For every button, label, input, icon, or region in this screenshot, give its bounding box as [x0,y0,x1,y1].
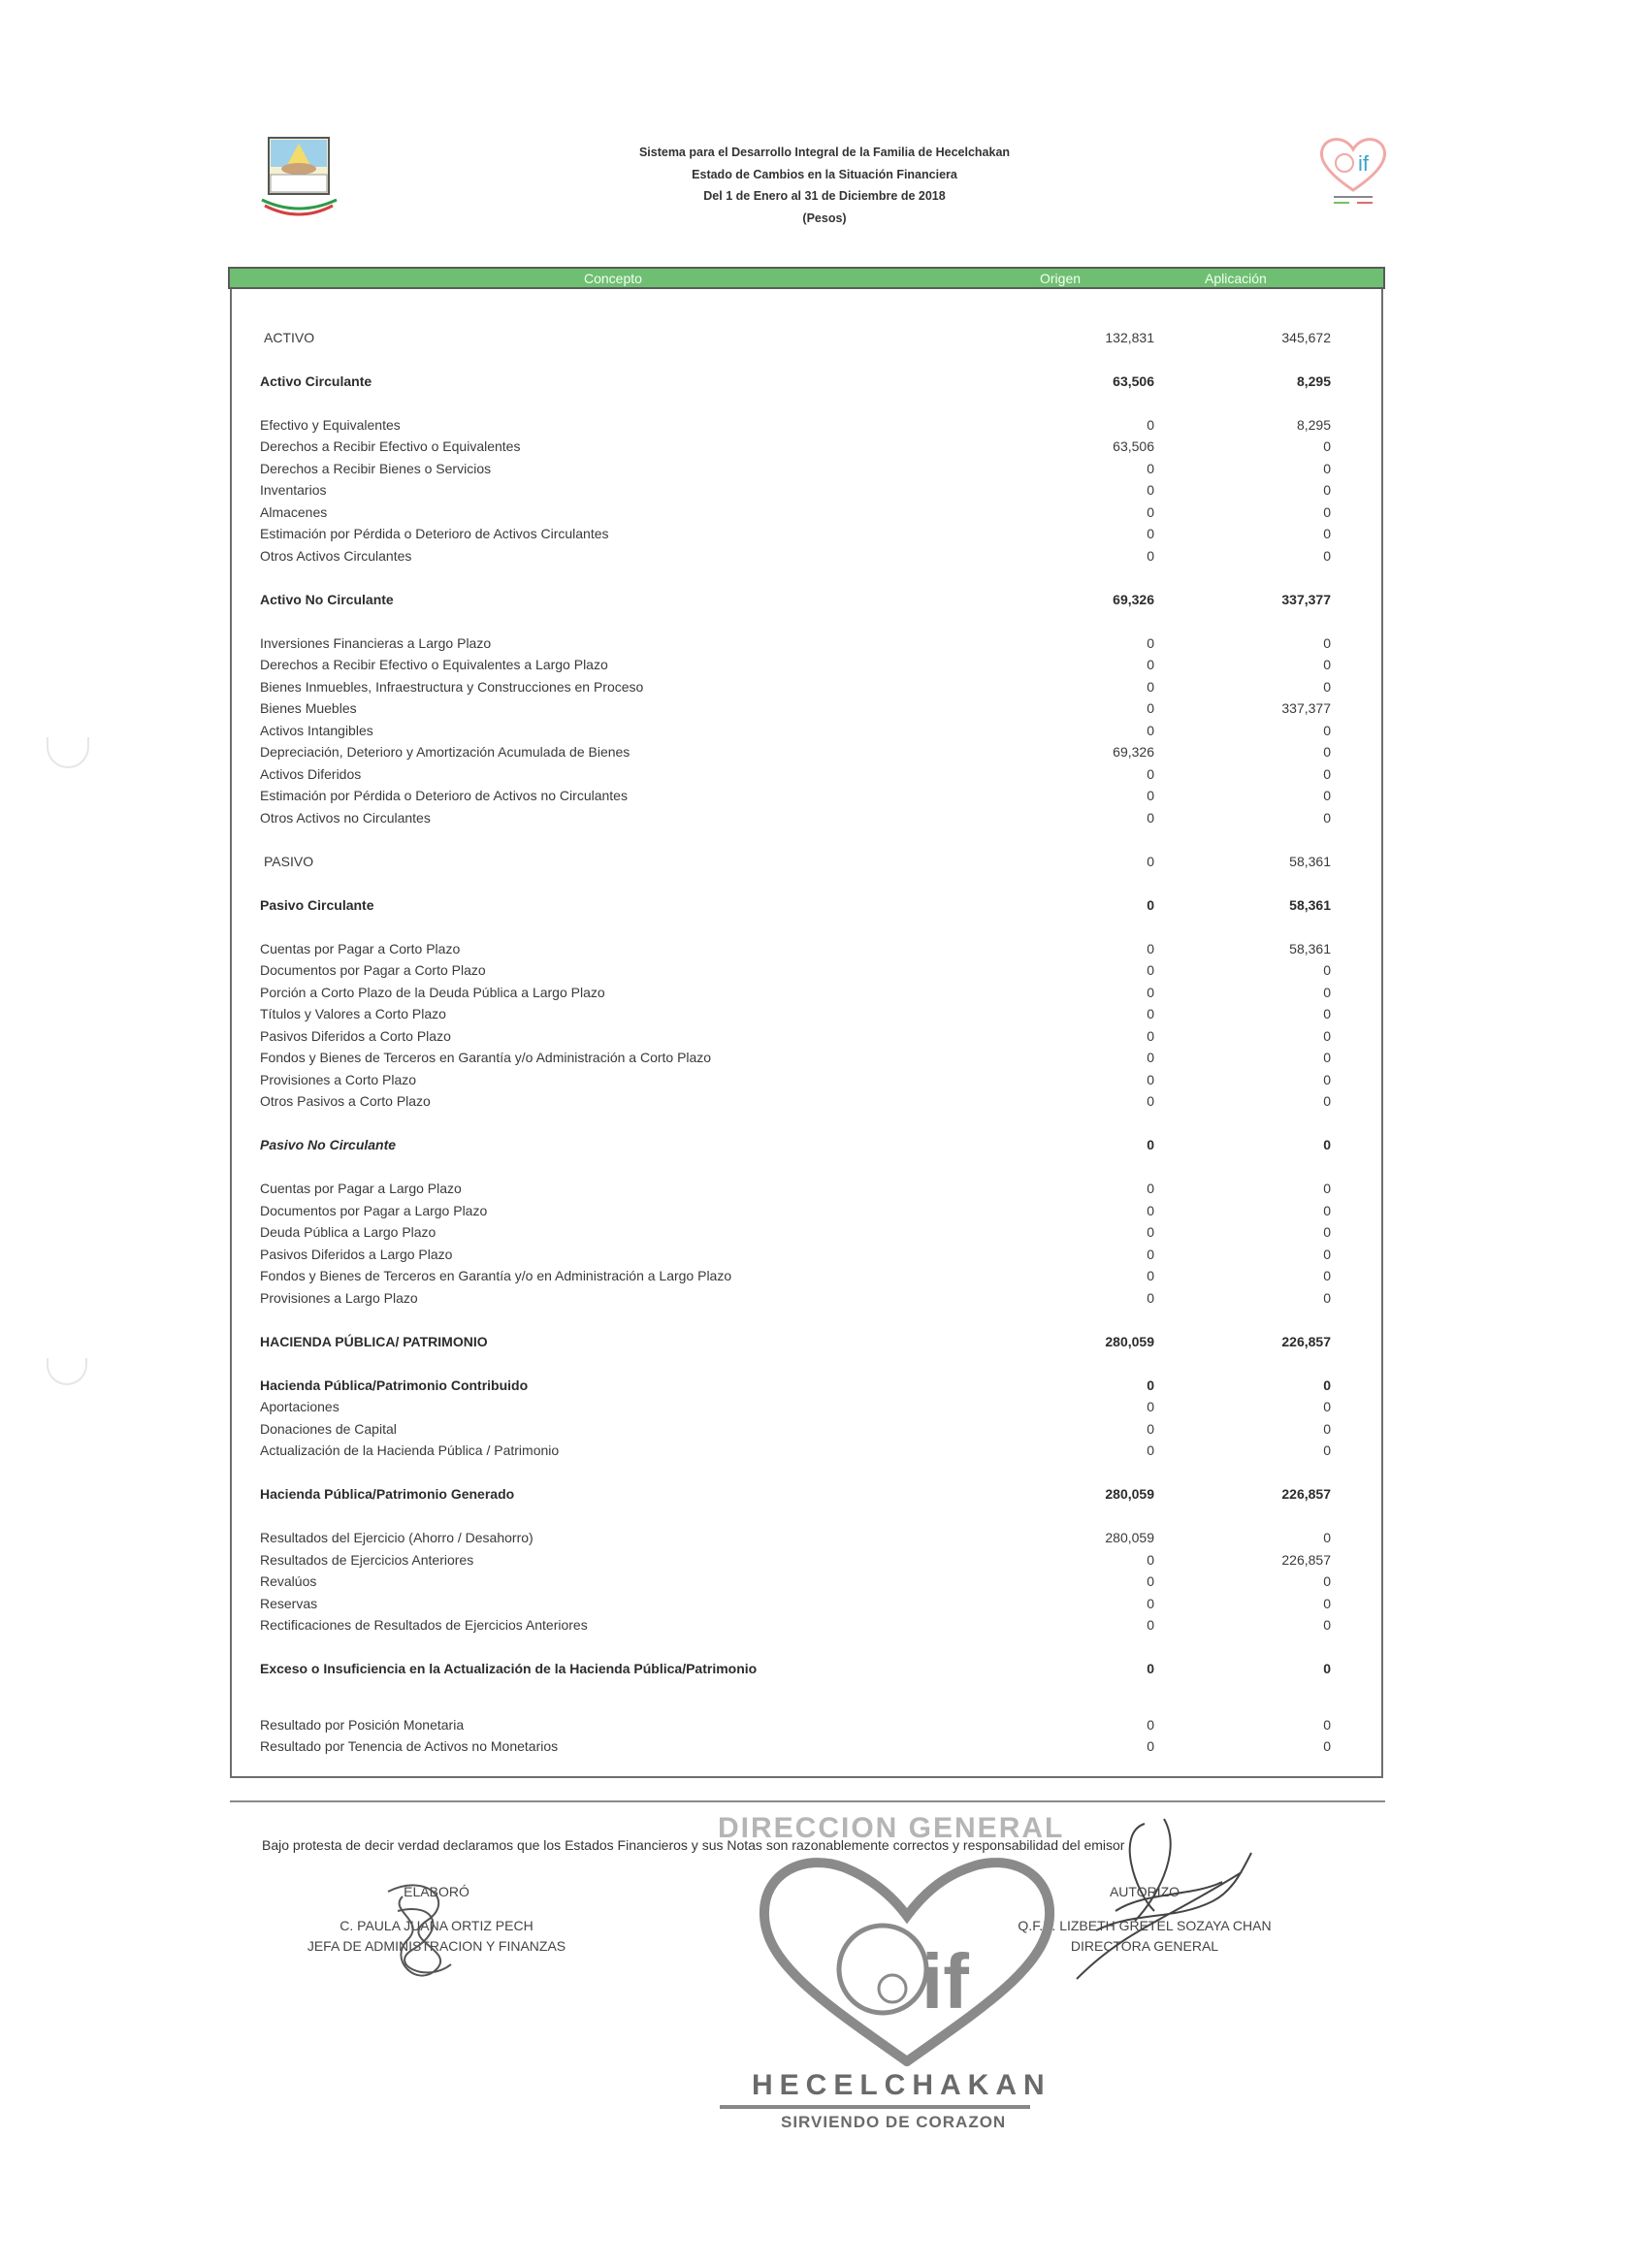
row-aplicacion: 0 [1323,723,1331,738]
stamp-slogan: SIRVIENDO DE CORAZON [781,2113,1006,2132]
row-concepto: Rectificaciones de Resultados de Ejercic… [260,1617,588,1633]
row-concepto: Pasivo Circulante [260,897,374,913]
table-row: Documentos por Pagar a Largo Plazo00 [260,1203,1337,1224]
row-aplicacion: 0 [1323,1617,1331,1633]
row-concepto: Derechos a Recibir Efectivo o Equivalent… [260,657,608,672]
row-aplicacion: 0 [1323,1006,1331,1021]
row-origen: 0 [1147,1421,1154,1437]
row-concepto: Provisiones a Largo Plazo [260,1290,418,1306]
table-row: Porción a Corto Plazo de la Deuda Públic… [260,985,1337,1006]
row-origen: 0 [1147,461,1154,476]
row-aplicacion: 8,295 [1297,373,1331,389]
row-concepto: Otros Activos no Circulantes [260,810,431,826]
table-row: Estimación por Pérdida o Deterioro de Ac… [260,788,1337,809]
row-concepto: Estimación por Pérdida o Deterioro de Ac… [260,526,609,541]
table-row: Deuda Pública a Largo Plazo00 [260,1224,1337,1246]
institution-name: Sistema para el Desarrollo Integral de l… [0,142,1649,164]
table-row: Provisiones a Corto Plazo00 [260,1072,1337,1093]
row-aplicacion: 58,361 [1289,941,1331,956]
table-row: Bienes Inmuebles, Infraestructura y Cons… [260,679,1337,700]
stamp-city: HECELCHAKAN [752,2069,1051,2102]
table-row: Estimación por Pérdida o Deterioro de Ac… [260,526,1337,547]
row-origen: 0 [1147,962,1154,978]
row-aplicacion: 0 [1323,1377,1331,1393]
table-row: Cuentas por Pagar a Corto Plazo058,361 [260,941,1337,962]
row-origen: 0 [1147,1552,1154,1568]
row-origen: 0 [1147,1137,1154,1152]
footer-separator [230,1800,1385,1802]
row-concepto: Inventarios [260,482,326,498]
table-row: Pasivo No Circulante00 [260,1137,1337,1158]
row-concepto: Activo No Circulante [260,592,394,607]
row-aplicacion: 0 [1323,1530,1331,1545]
table-row: Activos Diferidos00 [260,766,1337,788]
row-concepto: Resultados de Ejercicios Anteriores [260,1552,473,1568]
row-aplicacion: 0 [1323,1738,1331,1754]
row-aplicacion: 0 [1323,744,1331,760]
row-concepto: Pasivos Diferidos a Largo Plazo [260,1247,452,1262]
row-aplicacion: 226,857 [1281,1486,1331,1502]
table-row: Exceso o Insuficiencia en la Actualizaci… [260,1661,1337,1682]
dif-heart-logo-icon: if [1309,132,1397,211]
handwritten-signature-icon [369,1872,475,1998]
column-header-aplicacion: Aplicación [1205,271,1267,286]
row-origen: 0 [1147,635,1154,651]
row-aplicacion: 0 [1323,1421,1331,1437]
report-currency: (Pesos) [0,208,1649,230]
row-aplicacion: 0 [1323,1028,1331,1044]
svg-text:if: if [1358,151,1370,176]
document-header: Sistema para el Desarrollo Integral de l… [0,142,1649,229]
row-aplicacion: 226,857 [1281,1552,1331,1568]
table-row: Derechos a Recibir Efectivo o Equivalent… [260,657,1337,678]
row-concepto: Reservas [260,1596,317,1611]
row-origen: 0 [1147,700,1154,716]
row-origen: 0 [1147,1247,1154,1262]
row-aplicacion: 58,361 [1289,854,1331,869]
row-aplicacion: 0 [1323,548,1331,564]
row-aplicacion: 0 [1323,1203,1331,1218]
row-concepto: Derechos a Recibir Efectivo o Equivalent… [260,438,520,454]
row-origen: 0 [1147,766,1154,782]
table-row: Revalúos00 [260,1573,1337,1595]
row-origen: 0 [1147,1442,1154,1458]
row-concepto: Bienes Inmuebles, Infraestructura y Cons… [260,679,643,695]
row-origen: 0 [1147,482,1154,498]
row-aplicacion: 0 [1323,438,1331,454]
row-concepto: Otros Activos Circulantes [260,548,411,564]
table-row: Almacenes00 [260,504,1337,526]
row-aplicacion: 0 [1323,679,1331,695]
table-row: Rectificaciones de Resultados de Ejercic… [260,1617,1337,1638]
row-concepto: Activo Circulante [260,373,372,389]
row-concepto: Almacenes [260,504,327,520]
row-origen: 0 [1147,657,1154,672]
column-header-concepto: Concepto [584,271,642,286]
row-concepto: Pasivo No Circulante [260,1137,396,1152]
row-origen: 63,506 [1113,373,1154,389]
table-row: Títulos y Valores a Corto Plazo00 [260,1006,1337,1027]
dif-stamp-heart-icon: if [747,1848,1067,2066]
table-row: Fondos y Bienes de Terceros en Garantía … [260,1268,1337,1289]
table-row: Fondos y Bienes de Terceros en Garantía … [260,1050,1337,1071]
table-row: Derechos a Recibir Efectivo o Equivalent… [260,438,1337,460]
row-concepto: HACIENDA PÚBLICA/ PATRIMONIO [260,1334,488,1349]
row-origen: 0 [1147,897,1154,913]
table-row: PASIVO058,361 [260,854,1337,875]
row-origen: 0 [1147,1717,1154,1733]
table-row: Derechos a Recibir Bienes o Servicios00 [260,461,1337,482]
row-origen: 0 [1147,1093,1154,1109]
row-concepto: Cuentas por Pagar a Corto Plazo [260,941,460,956]
row-aplicacion: 0 [1323,766,1331,782]
row-aplicacion: 0 [1323,1661,1331,1676]
table-row: Resultados del Ejercicio (Ahorro / Desah… [260,1530,1337,1551]
row-origen: 0 [1147,1573,1154,1589]
table-row: Efectivo y Equivalentes08,295 [260,417,1337,438]
row-concepto: Bienes Muebles [260,700,357,716]
row-concepto: Resultado por Posición Monetaria [260,1717,464,1733]
row-origen: 0 [1147,810,1154,826]
row-concepto: Otros Pasivos a Corto Plazo [260,1093,431,1109]
row-aplicacion: 337,377 [1281,700,1331,716]
row-aplicacion: 0 [1323,526,1331,541]
table-row: Aportaciones00 [260,1399,1337,1420]
table-row: Cuentas por Pagar a Largo Plazo00 [260,1181,1337,1202]
row-aplicacion: 58,361 [1289,897,1331,913]
table-row: ACTIVO132,831345,672 [260,330,1337,351]
row-aplicacion: 0 [1323,1093,1331,1109]
row-aplicacion: 8,295 [1297,417,1331,433]
punch-hole-mark [47,737,89,768]
row-aplicacion: 0 [1323,504,1331,520]
row-concepto: Revalúos [260,1573,316,1589]
row-aplicacion: 0 [1323,788,1331,803]
row-aplicacion: 0 [1323,985,1331,1000]
row-aplicacion: 226,857 [1281,1334,1331,1349]
row-aplicacion: 0 [1323,635,1331,651]
row-concepto: PASIVO [264,854,313,869]
row-origen: 280,059 [1105,1530,1154,1545]
row-aplicacion: 0 [1323,1290,1331,1306]
table-row: Depreciación, Deterioro y Amortización A… [260,744,1337,765]
row-aplicacion: 0 [1323,1399,1331,1414]
row-origen: 69,326 [1113,744,1154,760]
row-aplicacion: 0 [1323,461,1331,476]
report-period: Del 1 de Enero al 31 de Diciembre de 201… [0,185,1649,208]
row-origen: 0 [1147,1181,1154,1196]
row-concepto: Deuda Pública a Largo Plazo [260,1224,436,1240]
row-aplicacion: 337,377 [1281,592,1331,607]
table-row: Resultado por Posición Monetaria00 [260,1717,1337,1738]
row-concepto: Aportaciones [260,1399,339,1414]
table-row: Activo Circulante63,5068,295 [260,373,1337,395]
table-row: Pasivo Circulante058,361 [260,897,1337,919]
table-row: Documentos por Pagar a Corto Plazo00 [260,962,1337,984]
row-origen: 0 [1147,679,1154,695]
row-aplicacion: 0 [1323,1247,1331,1262]
row-concepto: Depreciación, Deterioro y Amortización A… [260,744,630,760]
row-concepto: Resultados del Ejercicio (Ahorro / Desah… [260,1530,533,1545]
table-row: Actualización de la Hacienda Pública / P… [260,1442,1337,1464]
row-concepto: Exceso o Insuficiencia en la Actualizaci… [260,1661,757,1676]
row-concepto: Fondos y Bienes de Terceros en Garantía … [260,1050,711,1065]
table-row: Inversiones Financieras a Largo Plazo00 [260,635,1337,657]
row-concepto: Hacienda Pública/Patrimonio Contribuido [260,1377,528,1393]
stamp-underline [720,2105,1030,2109]
row-origen: 0 [1147,985,1154,1000]
punch-hole-mark [47,1358,87,1385]
row-origen: 0 [1147,1738,1154,1754]
row-aplicacion: 0 [1323,962,1331,978]
row-aplicacion: 0 [1323,657,1331,672]
table-row: Resultado por Tenencia de Activos no Mon… [260,1738,1337,1760]
row-origen: 132,831 [1105,330,1154,345]
row-origen: 69,326 [1113,592,1154,607]
row-origen: 0 [1147,1290,1154,1306]
row-origen: 0 [1147,1399,1154,1414]
row-concepto: Títulos y Valores a Corto Plazo [260,1006,446,1021]
row-origen: 280,059 [1105,1334,1154,1349]
table-row: Activos Intangibles00 [260,723,1337,744]
row-origen: 0 [1147,1377,1154,1393]
row-origen: 0 [1147,1268,1154,1283]
row-aplicacion: 0 [1323,482,1331,498]
row-origen: 63,506 [1113,438,1154,454]
table-row: Otros Pasivos a Corto Plazo00 [260,1093,1337,1115]
row-origen: 0 [1147,788,1154,803]
row-origen: 0 [1147,1224,1154,1240]
report-title: Estado de Cambios en la Situación Financ… [0,164,1649,186]
row-concepto: Activos Diferidos [260,766,361,782]
table-row: Resultados de Ejercicios Anteriores0226,… [260,1552,1337,1573]
column-header-origen: Origen [1040,271,1081,286]
table-row: Reservas00 [260,1596,1337,1617]
row-aplicacion: 0 [1323,1268,1331,1283]
row-concepto: Actualización de la Hacienda Pública / P… [260,1442,559,1458]
row-concepto: Porción a Corto Plazo de la Deuda Públic… [260,985,605,1000]
row-origen: 0 [1147,1006,1154,1021]
row-concepto: Cuentas por Pagar a Largo Plazo [260,1181,462,1196]
row-origen: 280,059 [1105,1486,1154,1502]
row-concepto: Efectivo y Equivalentes [260,417,401,433]
row-concepto: Documentos por Pagar a Corto Plazo [260,962,486,978]
row-concepto: Donaciones de Capital [260,1421,397,1437]
row-origen: 0 [1147,1203,1154,1218]
row-concepto: Resultado por Tenencia de Activos no Mon… [260,1738,558,1754]
row-origen: 0 [1147,526,1154,541]
table-row: Activo No Circulante69,326337,377 [260,592,1337,613]
row-origen: 0 [1147,417,1154,433]
table-row: Donaciones de Capital00 [260,1421,1337,1442]
row-aplicacion: 0 [1323,1717,1331,1733]
row-aplicacion: 0 [1323,810,1331,826]
row-origen: 0 [1147,1596,1154,1611]
row-concepto: ACTIVO [264,330,314,345]
row-origen: 0 [1147,1661,1154,1676]
table-row: Pasivos Diferidos a Largo Plazo00 [260,1247,1337,1268]
row-aplicacion: 0 [1323,1224,1331,1240]
table-row: Inventarios00 [260,482,1337,503]
row-aplicacion: 0 [1323,1050,1331,1065]
row-origen: 0 [1147,1050,1154,1065]
row-origen: 0 [1147,941,1154,956]
row-concepto: Provisiones a Corto Plazo [260,1072,416,1087]
table-row: HACIENDA PÚBLICA/ PATRIMONIO280,059226,8… [260,1334,1337,1355]
table-row: Provisiones a Largo Plazo00 [260,1290,1337,1312]
row-aplicacion: 0 [1323,1442,1331,1458]
row-concepto: Estimación por Pérdida o Deterioro de Ac… [260,788,628,803]
table-row: Otros Activos Circulantes00 [260,548,1337,569]
row-aplicacion: 0 [1323,1137,1331,1152]
table-header: Concepto Origen Aplicación [228,267,1385,289]
row-concepto: Activos Intangibles [260,723,373,738]
row-concepto: Hacienda Pública/Patrimonio Generado [260,1486,514,1502]
row-origen: 0 [1147,1617,1154,1633]
table-row: Pasivos Diferidos a Corto Plazo00 [260,1028,1337,1050]
row-origen: 0 [1147,504,1154,520]
row-aplicacion: 0 [1323,1596,1331,1611]
row-origen: 0 [1147,1028,1154,1044]
row-origen: 0 [1147,1072,1154,1087]
table-row: Otros Activos no Circulantes00 [260,810,1337,831]
row-concepto: Documentos por Pagar a Largo Plazo [260,1203,487,1218]
row-aplicacion: 0 [1323,1181,1331,1196]
row-concepto: Pasivos Diferidos a Corto Plazo [260,1028,451,1044]
row-aplicacion: 0 [1323,1573,1331,1589]
row-aplicacion: 0 [1323,1072,1331,1087]
row-origen: 0 [1147,854,1154,869]
table-row: Hacienda Pública/Patrimonio Contribuido0… [260,1377,1337,1399]
table-row: Bienes Muebles0337,377 [260,700,1337,722]
row-origen: 0 [1147,723,1154,738]
svg-text:if: if [921,1938,969,2025]
row-concepto: Inversiones Financieras a Largo Plazo [260,635,491,651]
row-concepto: Derechos a Recibir Bienes o Servicios [260,461,491,476]
row-aplicacion: 345,672 [1281,330,1331,345]
row-origen: 0 [1147,548,1154,564]
row-concepto: Fondos y Bienes de Terceros en Garantía … [260,1268,731,1283]
table-row: Hacienda Pública/Patrimonio Generado280,… [260,1486,1337,1507]
